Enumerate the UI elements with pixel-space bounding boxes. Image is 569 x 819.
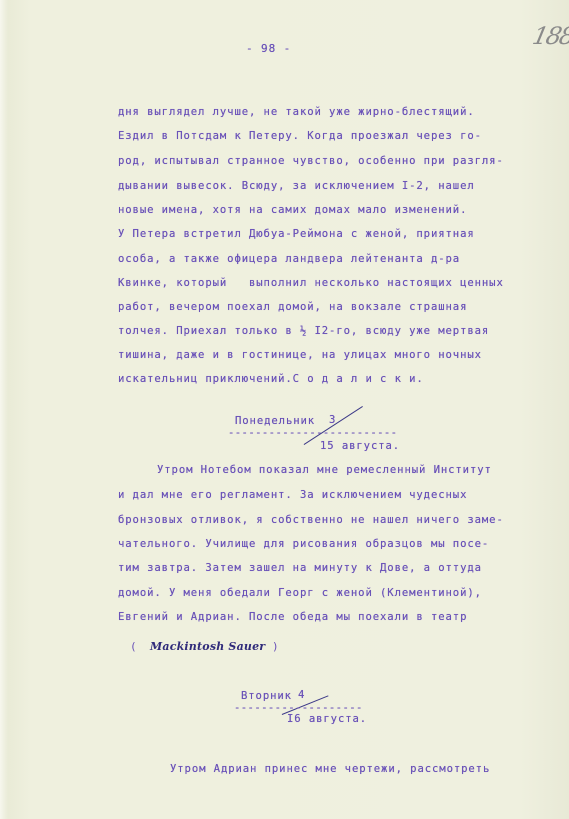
text-line: и дал мне его регламент. За исключением … [118, 489, 467, 501]
text-line: Евгений и Адриан. После обеда мы поехали… [118, 611, 467, 623]
text-line: Квинке, который выполнил несколько насто… [118, 277, 504, 289]
text-line: бронзовых отливок, я собственно не нашел… [118, 514, 504, 526]
text-line: чательного. Училище для рисования образц… [118, 538, 489, 550]
text-line: род, испытывал странное чувство, особенн… [118, 155, 504, 167]
text-line: дывании вывесок. Всюду, за исключением I… [118, 180, 475, 192]
text-line: новые имена, хотя на самих домах мало из… [118, 204, 467, 216]
document-page: 188 - 98 - дня выглядел лучше, не такой … [0, 0, 569, 819]
text-line: толчея. Приехал только в ½ I2-го, всюду … [118, 325, 489, 337]
text-line: тим завтра. Затем зашел на минуту к Дове… [118, 562, 482, 574]
text-line: дня выглядел лучше, не такой уже жирно-б… [118, 106, 475, 118]
dashed-underline: ------------------------- [228, 427, 397, 439]
handwritten-text: Mackintosh Sauer [150, 640, 265, 653]
text-line: искательниц приключений.С о д а л и с к … [118, 373, 424, 385]
text-line: Утром Адриан принес мне чертежи, рассмот… [170, 763, 490, 775]
text-line: Ездил в Потсдам к Петеру. Когда проезжал… [118, 130, 482, 142]
archive-folio-number: 188 [530, 22, 569, 50]
text-line: Утром Нотебом показал мне ремесленный Ин… [157, 464, 492, 476]
new-date: I6 августа. [287, 713, 367, 725]
new-date: 15 августа. [320, 440, 400, 452]
text-line: домой. У меня обедали Георг с женой (Кле… [118, 587, 482, 599]
struck-old-date: 4 [298, 689, 305, 701]
open-paren: ( [130, 640, 137, 653]
text-line: У Петера встретил Дюбуа-Реймона с женой,… [118, 228, 475, 240]
text-line: работ, вечером поехал домой, на вокзале … [118, 301, 467, 313]
close-paren: ) [272, 640, 279, 653]
text-line: тишина, даже и в гостинице, на улицах мн… [118, 349, 482, 361]
weekday-label: Понедельник [235, 415, 315, 427]
weekday-label: Вторник [241, 690, 292, 702]
page-number: - 98 - [246, 42, 291, 55]
text-line: особа, а также офицера ландвера лейтенан… [118, 253, 460, 265]
